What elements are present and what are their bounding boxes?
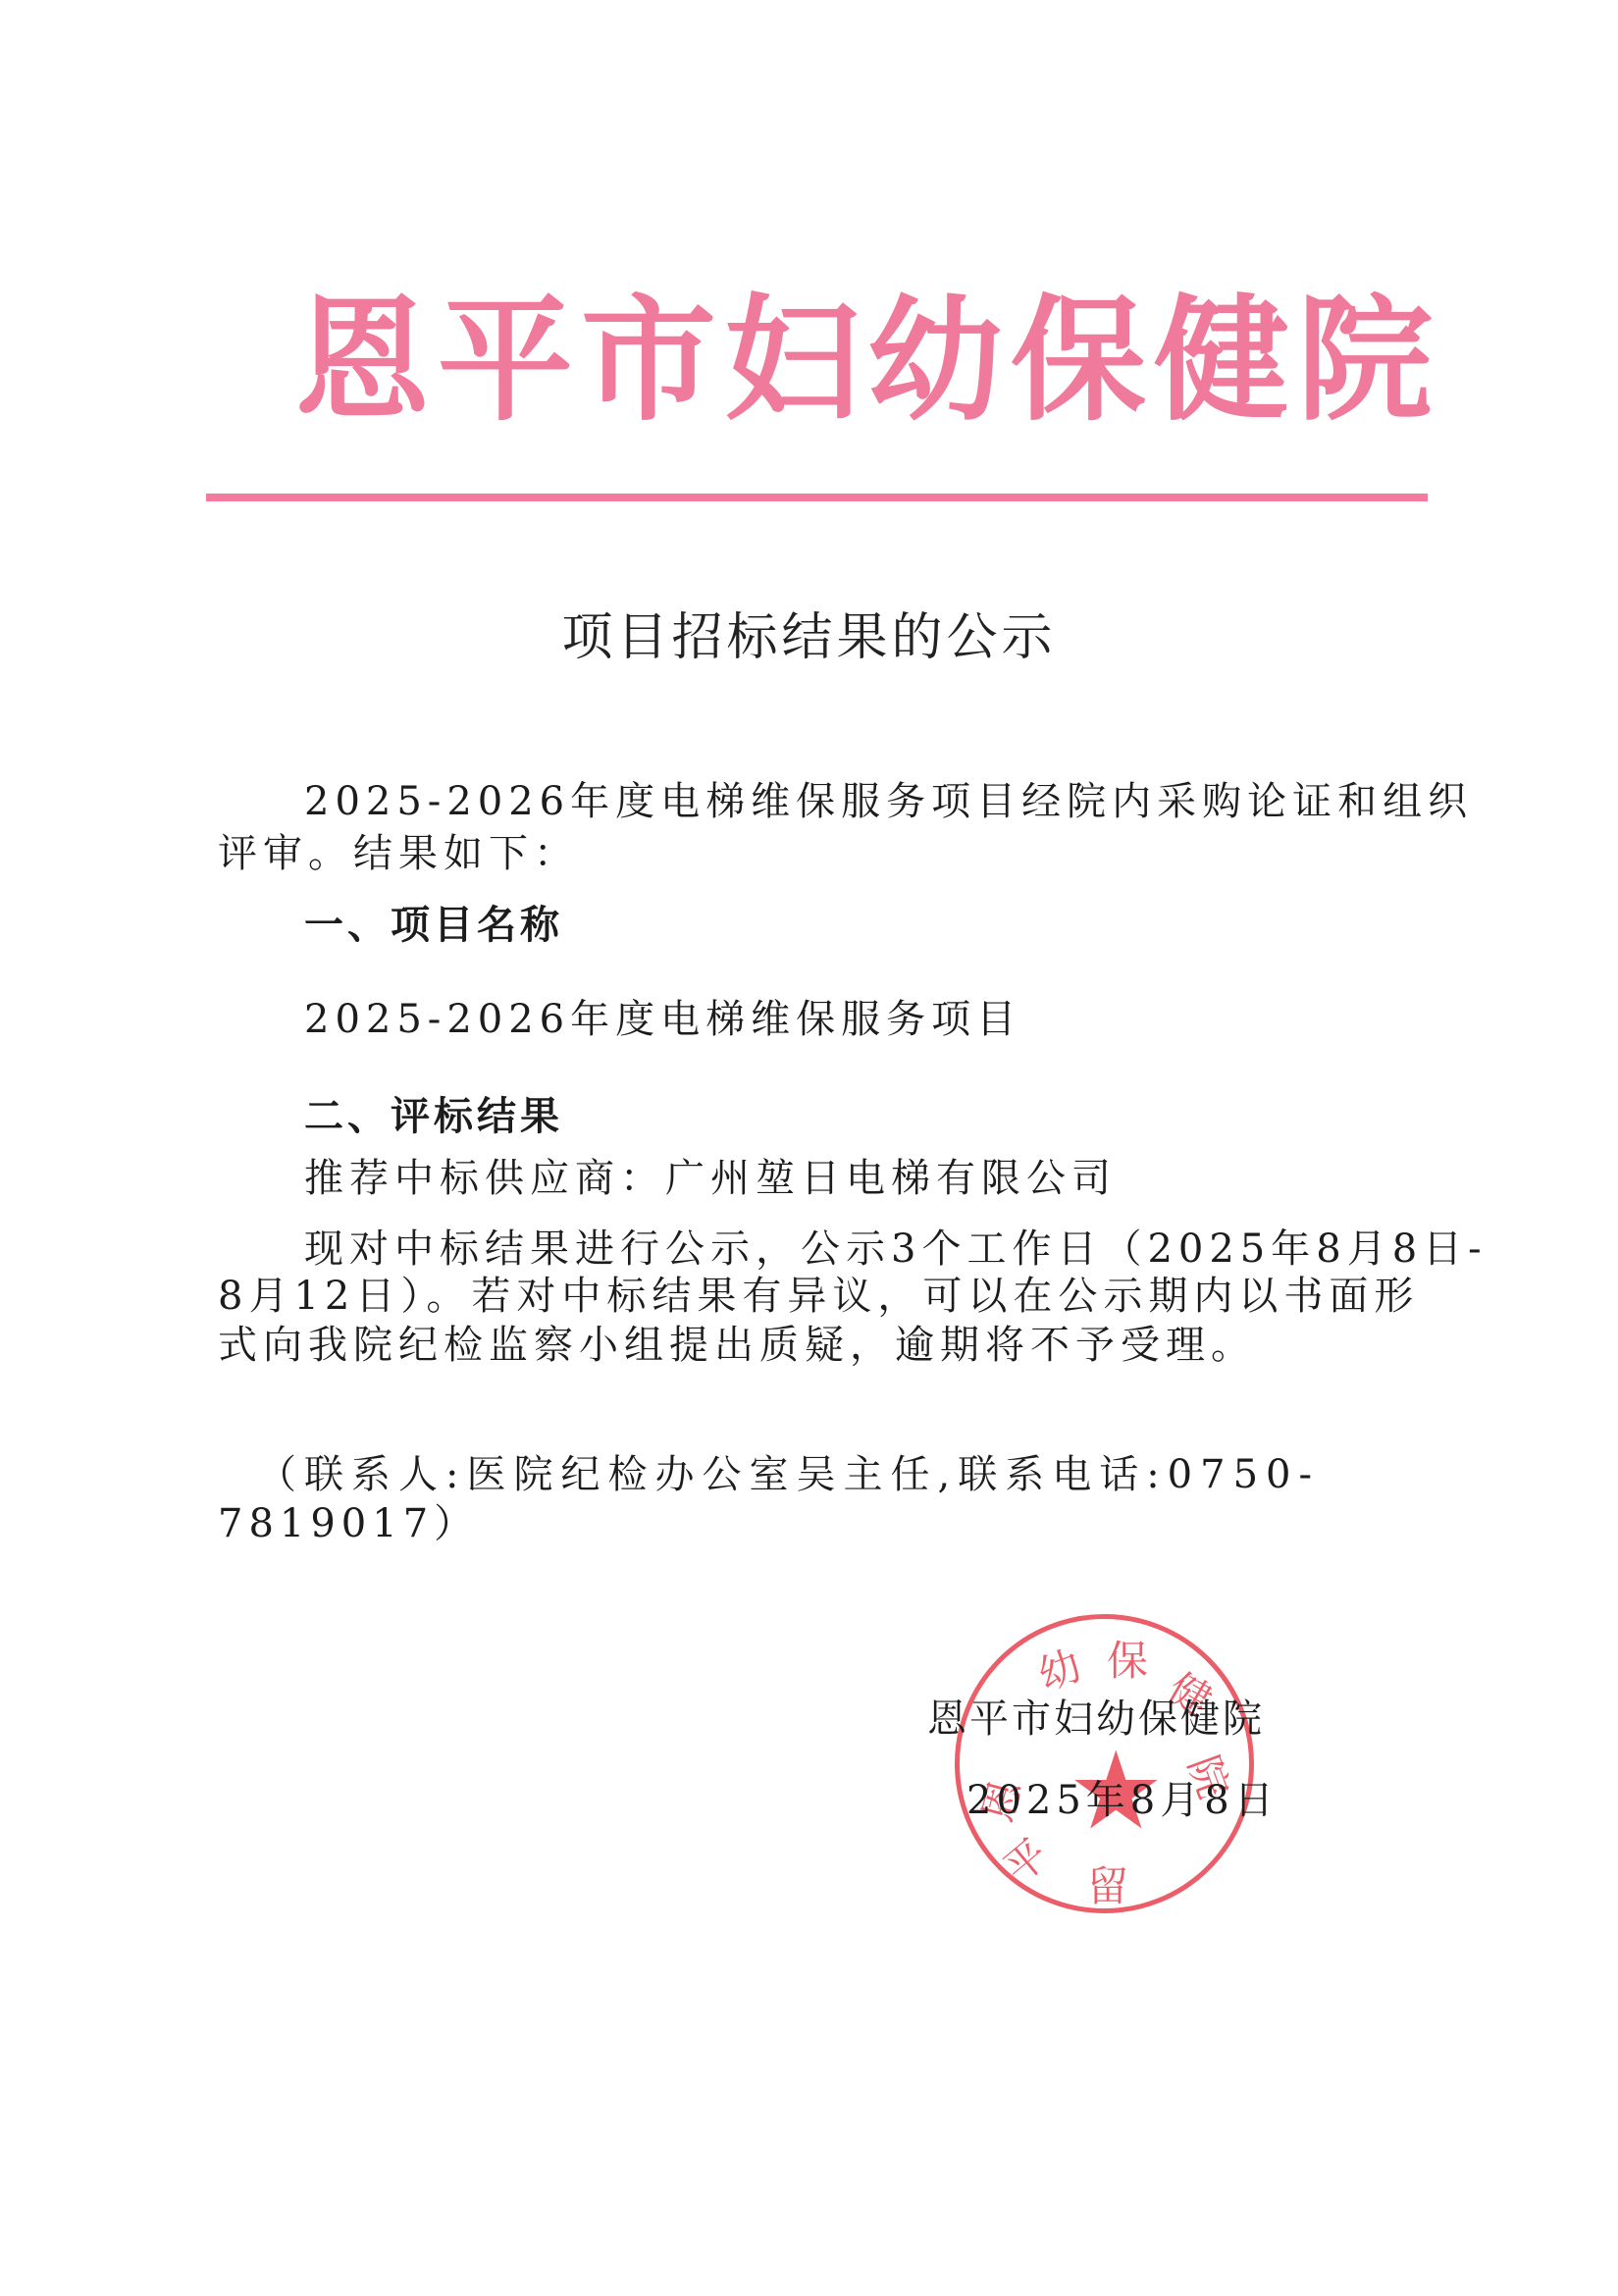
notice-line-1: 现对中标结果进行公示，公示3个工作日（2025年8月8日-	[304, 1225, 1488, 1274]
notice-line-2: 8月12日）。若对中标结果有异议，可以在公示期内以书面形	[218, 1272, 1419, 1321]
seal-char: 留	[1087, 1854, 1128, 1913]
contact-line-1: （联系人:医院纪检办公室吴主任,联系电话:0750-	[257, 1450, 1320, 1499]
intro-line-2: 评审。结果如下：	[218, 829, 579, 878]
seal-char: 幼	[1029, 1634, 1088, 1703]
signature-org-name: 恩平市妇幼保健院	[927, 1695, 1265, 1744]
document-title: 项目招标结果的公示	[0, 606, 1618, 669]
winning-supplier: 推荐中标供应商：广州堃日电梯有限公司	[304, 1154, 1117, 1203]
official-seal: ★ 幼 保 健 院 恩 平 留	[955, 1614, 1254, 1913]
letterhead-divider	[206, 494, 1428, 501]
seal-char: 保	[1107, 1629, 1148, 1688]
seal-char: 平	[990, 1824, 1060, 1896]
signature-date: 2025年8月8日	[966, 1776, 1279, 1825]
section2-heading: 二、评标结果	[304, 1092, 563, 1141]
notice-line-3: 式向我院纪检监察小组提出质疑，逾期将不予受理。	[218, 1321, 1256, 1370]
section1-body: 2025-2026年度电梯维保服务项目	[304, 995, 1021, 1044]
contact-line-2: 7819017）	[218, 1499, 479, 1548]
section1-heading: 一、项目名称	[304, 901, 563, 950]
letterhead-org-name: 恩平市妇幼保健院	[294, 287, 1403, 434]
intro-line-1: 2025-2026年度电梯维保服务项目经院内采购论证和组织	[304, 777, 1473, 826]
